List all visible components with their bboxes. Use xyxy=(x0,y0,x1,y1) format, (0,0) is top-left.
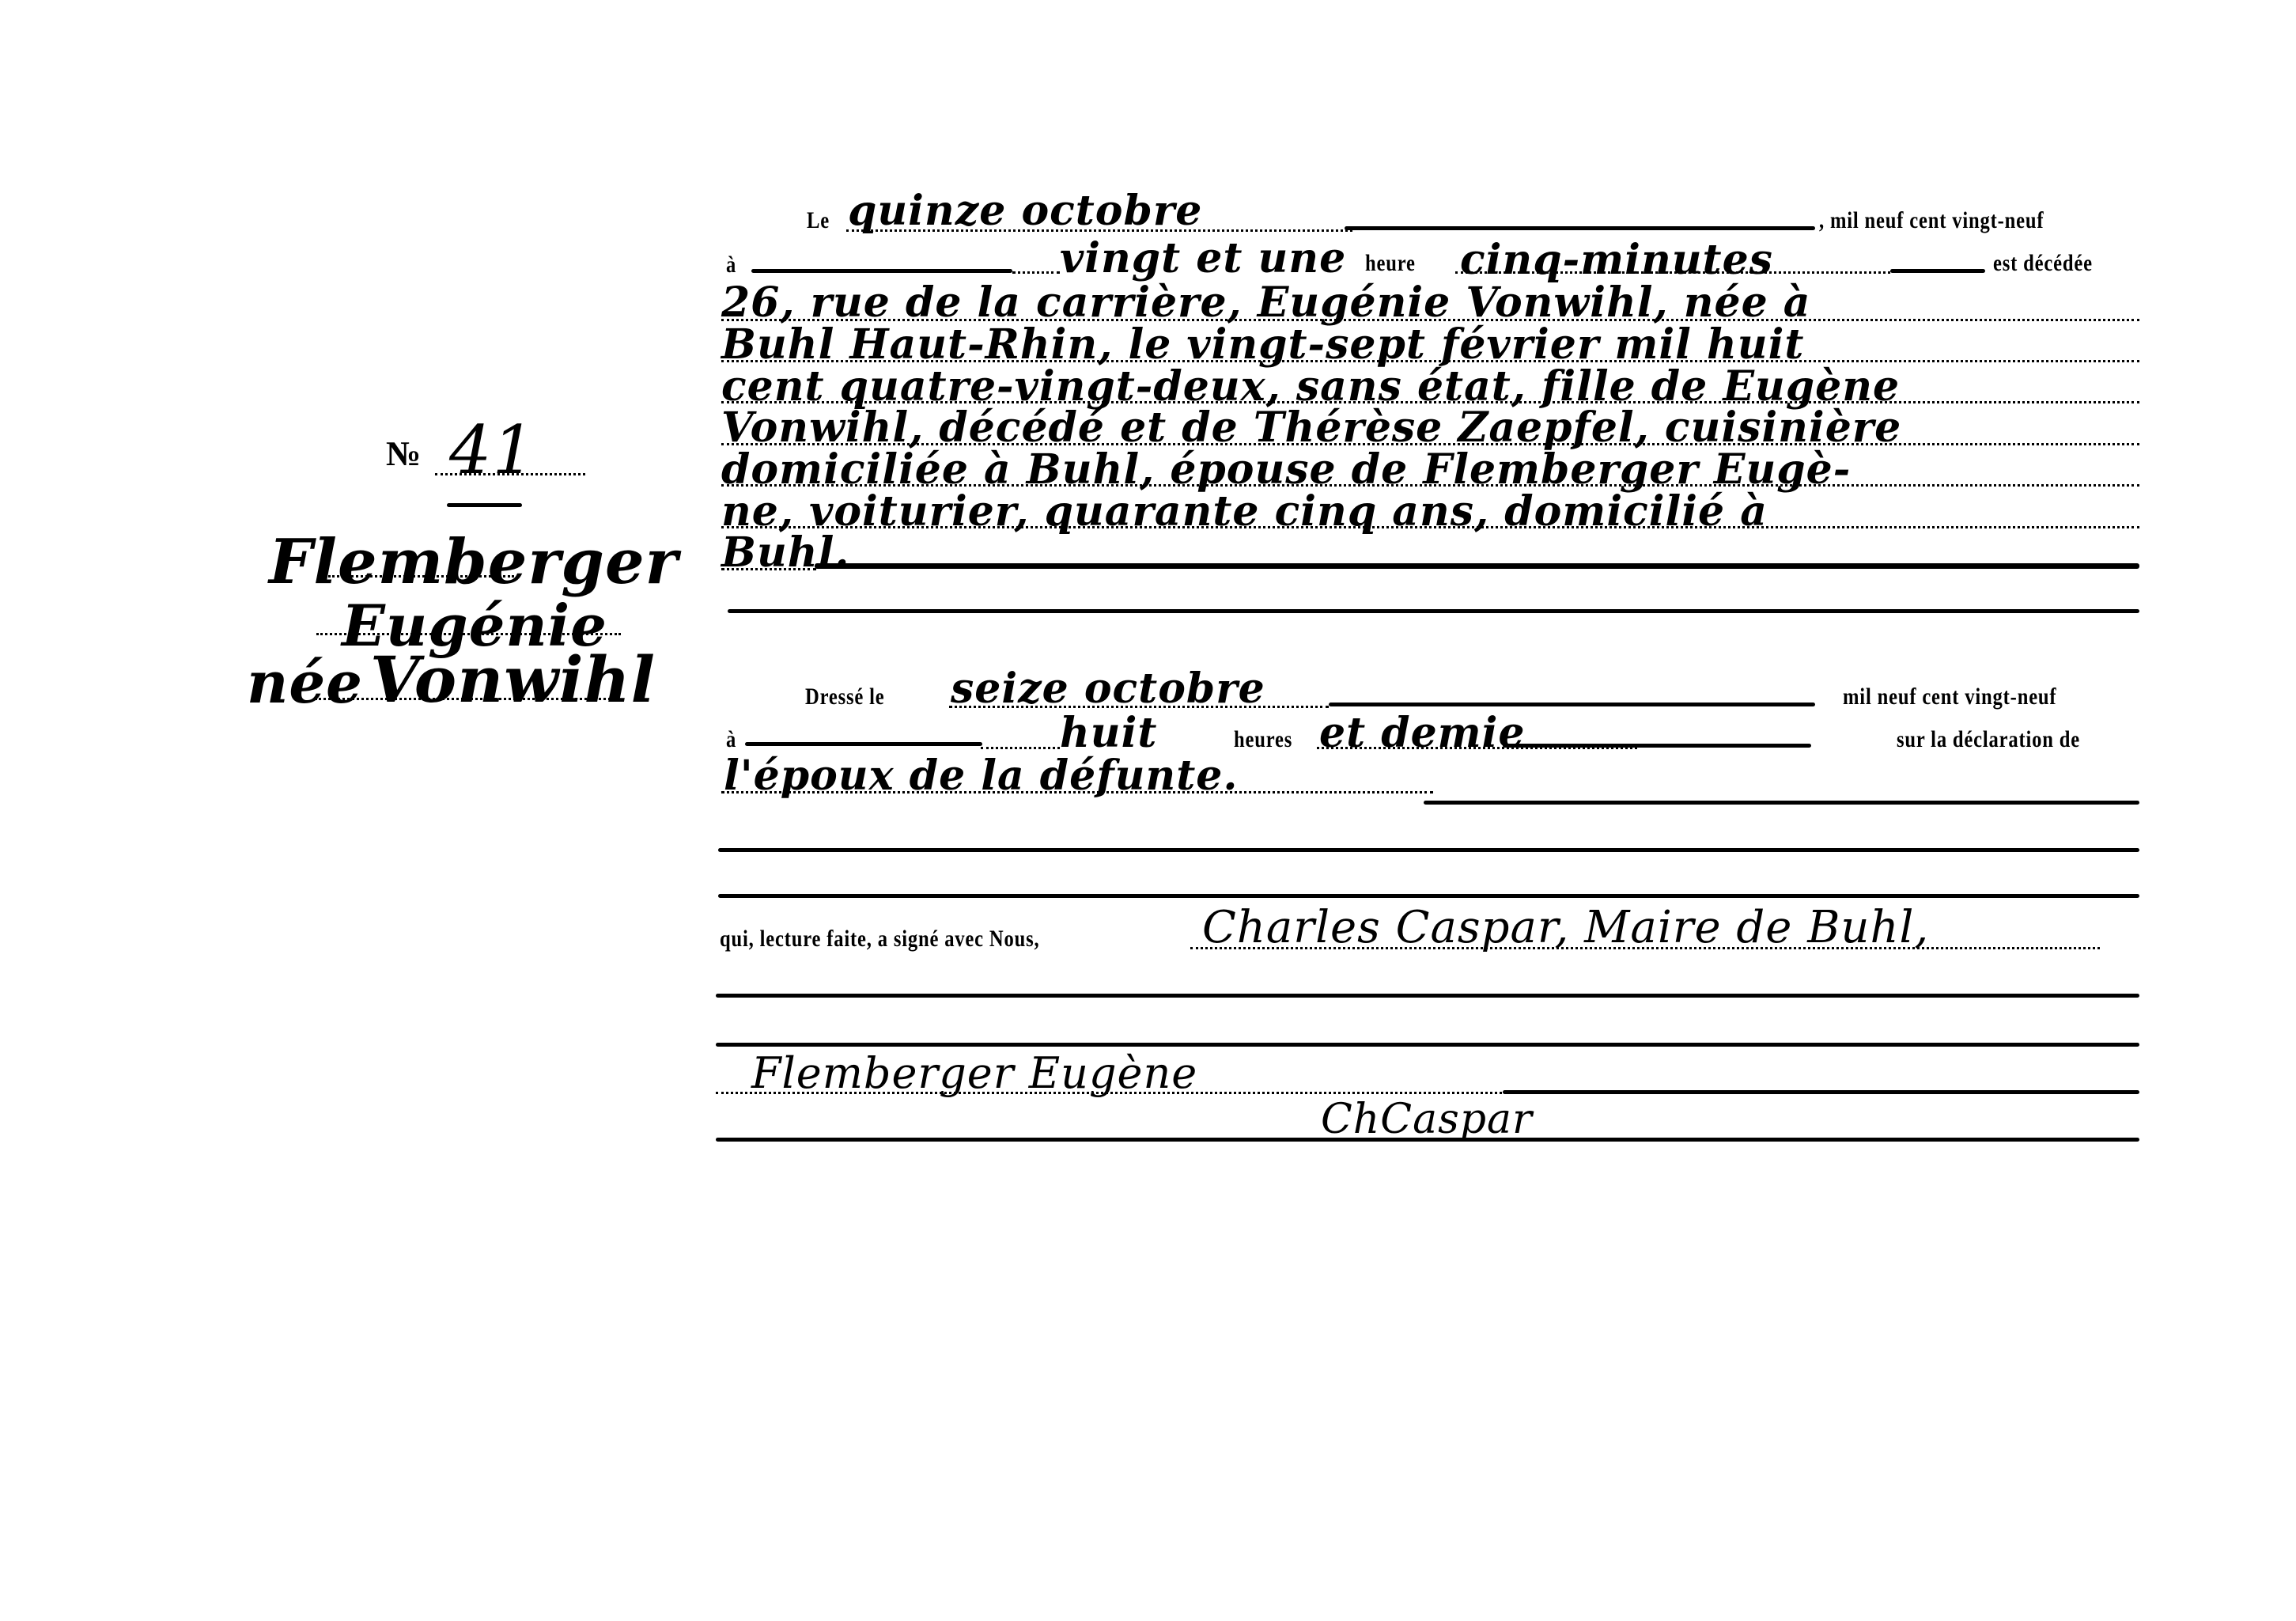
heures-label: heures xyxy=(1234,726,1292,753)
death-date: quinze octobre xyxy=(848,187,1202,235)
drawn-year-label: mil neuf cent vingt-neuf xyxy=(1843,684,2056,710)
read-and-signed-label: qui, lecture faite, a signé avec Nous, xyxy=(720,926,1039,953)
death-minutes: cinq-minutes xyxy=(1460,236,1773,284)
decedee-label: est décédée xyxy=(1993,250,2093,277)
mayor-signature: ChCaspar xyxy=(1321,1096,1533,1143)
margin-maiden-prefix: née xyxy=(247,649,363,716)
mayor-line: Charles Caspar, Maire de Buhl, xyxy=(1202,902,1929,953)
margin-maiden-name: Vonwihl xyxy=(370,642,656,717)
death-hour: vingt et une xyxy=(1060,234,1346,282)
declarant-signature: Flemberger Eugène xyxy=(751,1048,1197,1098)
drawn-hour: huit xyxy=(1060,709,1157,757)
margin-surname: Flemberger xyxy=(269,526,679,598)
drawn-a-label: à xyxy=(726,726,736,753)
dresse-label: Dressé le xyxy=(805,684,885,710)
number-label: № xyxy=(386,434,421,474)
heure-label: heure xyxy=(1365,250,1416,277)
act-number: 41 xyxy=(449,411,535,489)
drawn-minutes: et demie xyxy=(1319,709,1526,757)
le-label: Le xyxy=(807,207,830,234)
a-label: à xyxy=(726,252,736,278)
year-label: , mil neuf cent vingt-neuf xyxy=(1819,207,2044,234)
declaration-label: sur la déclaration de xyxy=(1897,726,2080,753)
